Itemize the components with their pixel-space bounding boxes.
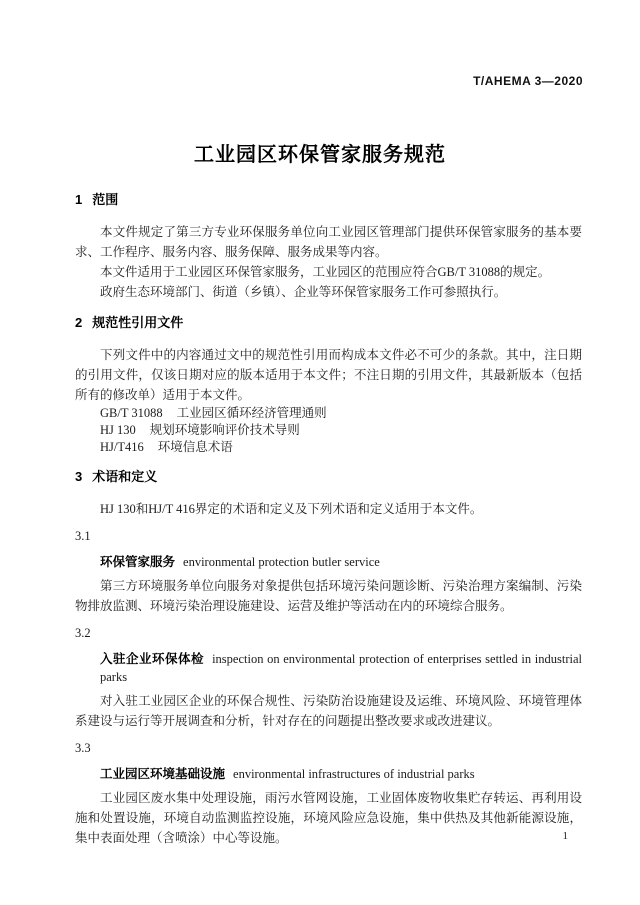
reference-3-name: 环境信息术语: [158, 440, 233, 454]
clause-1-title: 范围: [92, 192, 118, 207]
term-2-number: 3.2: [75, 624, 582, 642]
reference-item-2: HJ 130规划环境影响评价技术导则: [75, 422, 582, 439]
clause-2-number: 2: [75, 315, 82, 330]
clause-3-number: 3: [75, 469, 82, 484]
term-3-zh: 工业园区环境基础设施: [100, 767, 225, 781]
term-1-number: 3.1: [75, 527, 582, 545]
term-1-en: environmental protection butler service: [183, 555, 380, 569]
clause-3-heading: 3术语和定义: [75, 468, 582, 485]
scope-paragraph-2: 本文件适用于工业园区环保管家服务，工业园区的范围应符合GB/T 31088的规定…: [75, 262, 582, 282]
reference-3-code: HJ/T416: [100, 440, 144, 454]
reference-list: GB/T 31088工业园区循环经济管理通则 HJ 130规划环境影响评价技术导…: [75, 405, 582, 456]
clause-2-heading: 2规范性引用文件: [75, 314, 582, 331]
term-2-definition: 对入驻工业园区企业的环保合规性、污染防治设施建设及运维、环境风险、环境管理体系建…: [75, 691, 582, 731]
clause-3-title: 术语和定义: [92, 469, 157, 484]
term-2-zh: 入驻企业环保体检: [100, 652, 204, 666]
scope-paragraph-3: 政府生态环境部门、街道（乡镇）、企业等环保管家服务工作可参照执行。: [75, 282, 582, 302]
scope-paragraph-1: 本文件规定了第三方专业环保服务单位向工业园区管理部门提供环保管家服务的基本要求、…: [75, 222, 582, 262]
document-title: 工业园区环保管家服务规范: [0, 138, 640, 167]
term-1-line: 环保管家服务environmental protection butler se…: [75, 553, 582, 571]
document-page: T/AHEMA 3—2020 工业园区环保管家服务规范 1范围 本文件规定了第三…: [0, 0, 640, 905]
reference-2-code: HJ 130: [100, 423, 136, 437]
page-number: 1: [563, 830, 569, 842]
term-3-en: environmental infrastructures of industr…: [233, 767, 475, 781]
term-3-number: 3.3: [75, 739, 582, 757]
clause-1-heading: 1范围: [75, 191, 582, 208]
clause-2-title: 规范性引用文件: [92, 315, 183, 330]
clause-1-number: 1: [75, 192, 82, 207]
reference-1-name: 工业园区循环经济管理通则: [177, 406, 327, 420]
term-1-definition: 第三方环境服务单位向服务对象提供包括环境污染问题诊断、污染治理方案编制、污染物排…: [75, 576, 582, 616]
standard-number: T/AHEMA 3—2020: [0, 0, 640, 88]
reference-item-3: HJ/T416环境信息术语: [75, 439, 582, 456]
document-body: 1范围 本文件规定了第三方专业环保服务单位向工业园区管理部门提供环保管家服务的基…: [75, 191, 582, 848]
term-2-line: 入驻企业环保体检inspection on environmental prot…: [75, 650, 582, 686]
term-3-line: 工业园区环境基础设施environmental infrastructures …: [75, 765, 582, 783]
term-3-definition: 工业园区废水集中处理设施，雨污水管网设施，工业固体废物收集贮存转运、再利用设施和…: [75, 788, 582, 848]
reference-1-code: GB/T 31088: [100, 406, 163, 420]
reference-2-name: 规划环境影响评价技术导则: [150, 423, 300, 437]
terms-intro: HJ 130和HJ/T 416界定的术语和定义及下列术语和定义适用于本文件。: [75, 499, 582, 519]
normative-references-intro: 下列文件中的内容通过文中的规范性引用而构成本文件必不可少的条款。其中，注日期的引…: [75, 345, 582, 405]
reference-item-1: GB/T 31088工业园区循环经济管理通则: [75, 405, 582, 422]
term-1-zh: 环保管家服务: [100, 555, 175, 569]
